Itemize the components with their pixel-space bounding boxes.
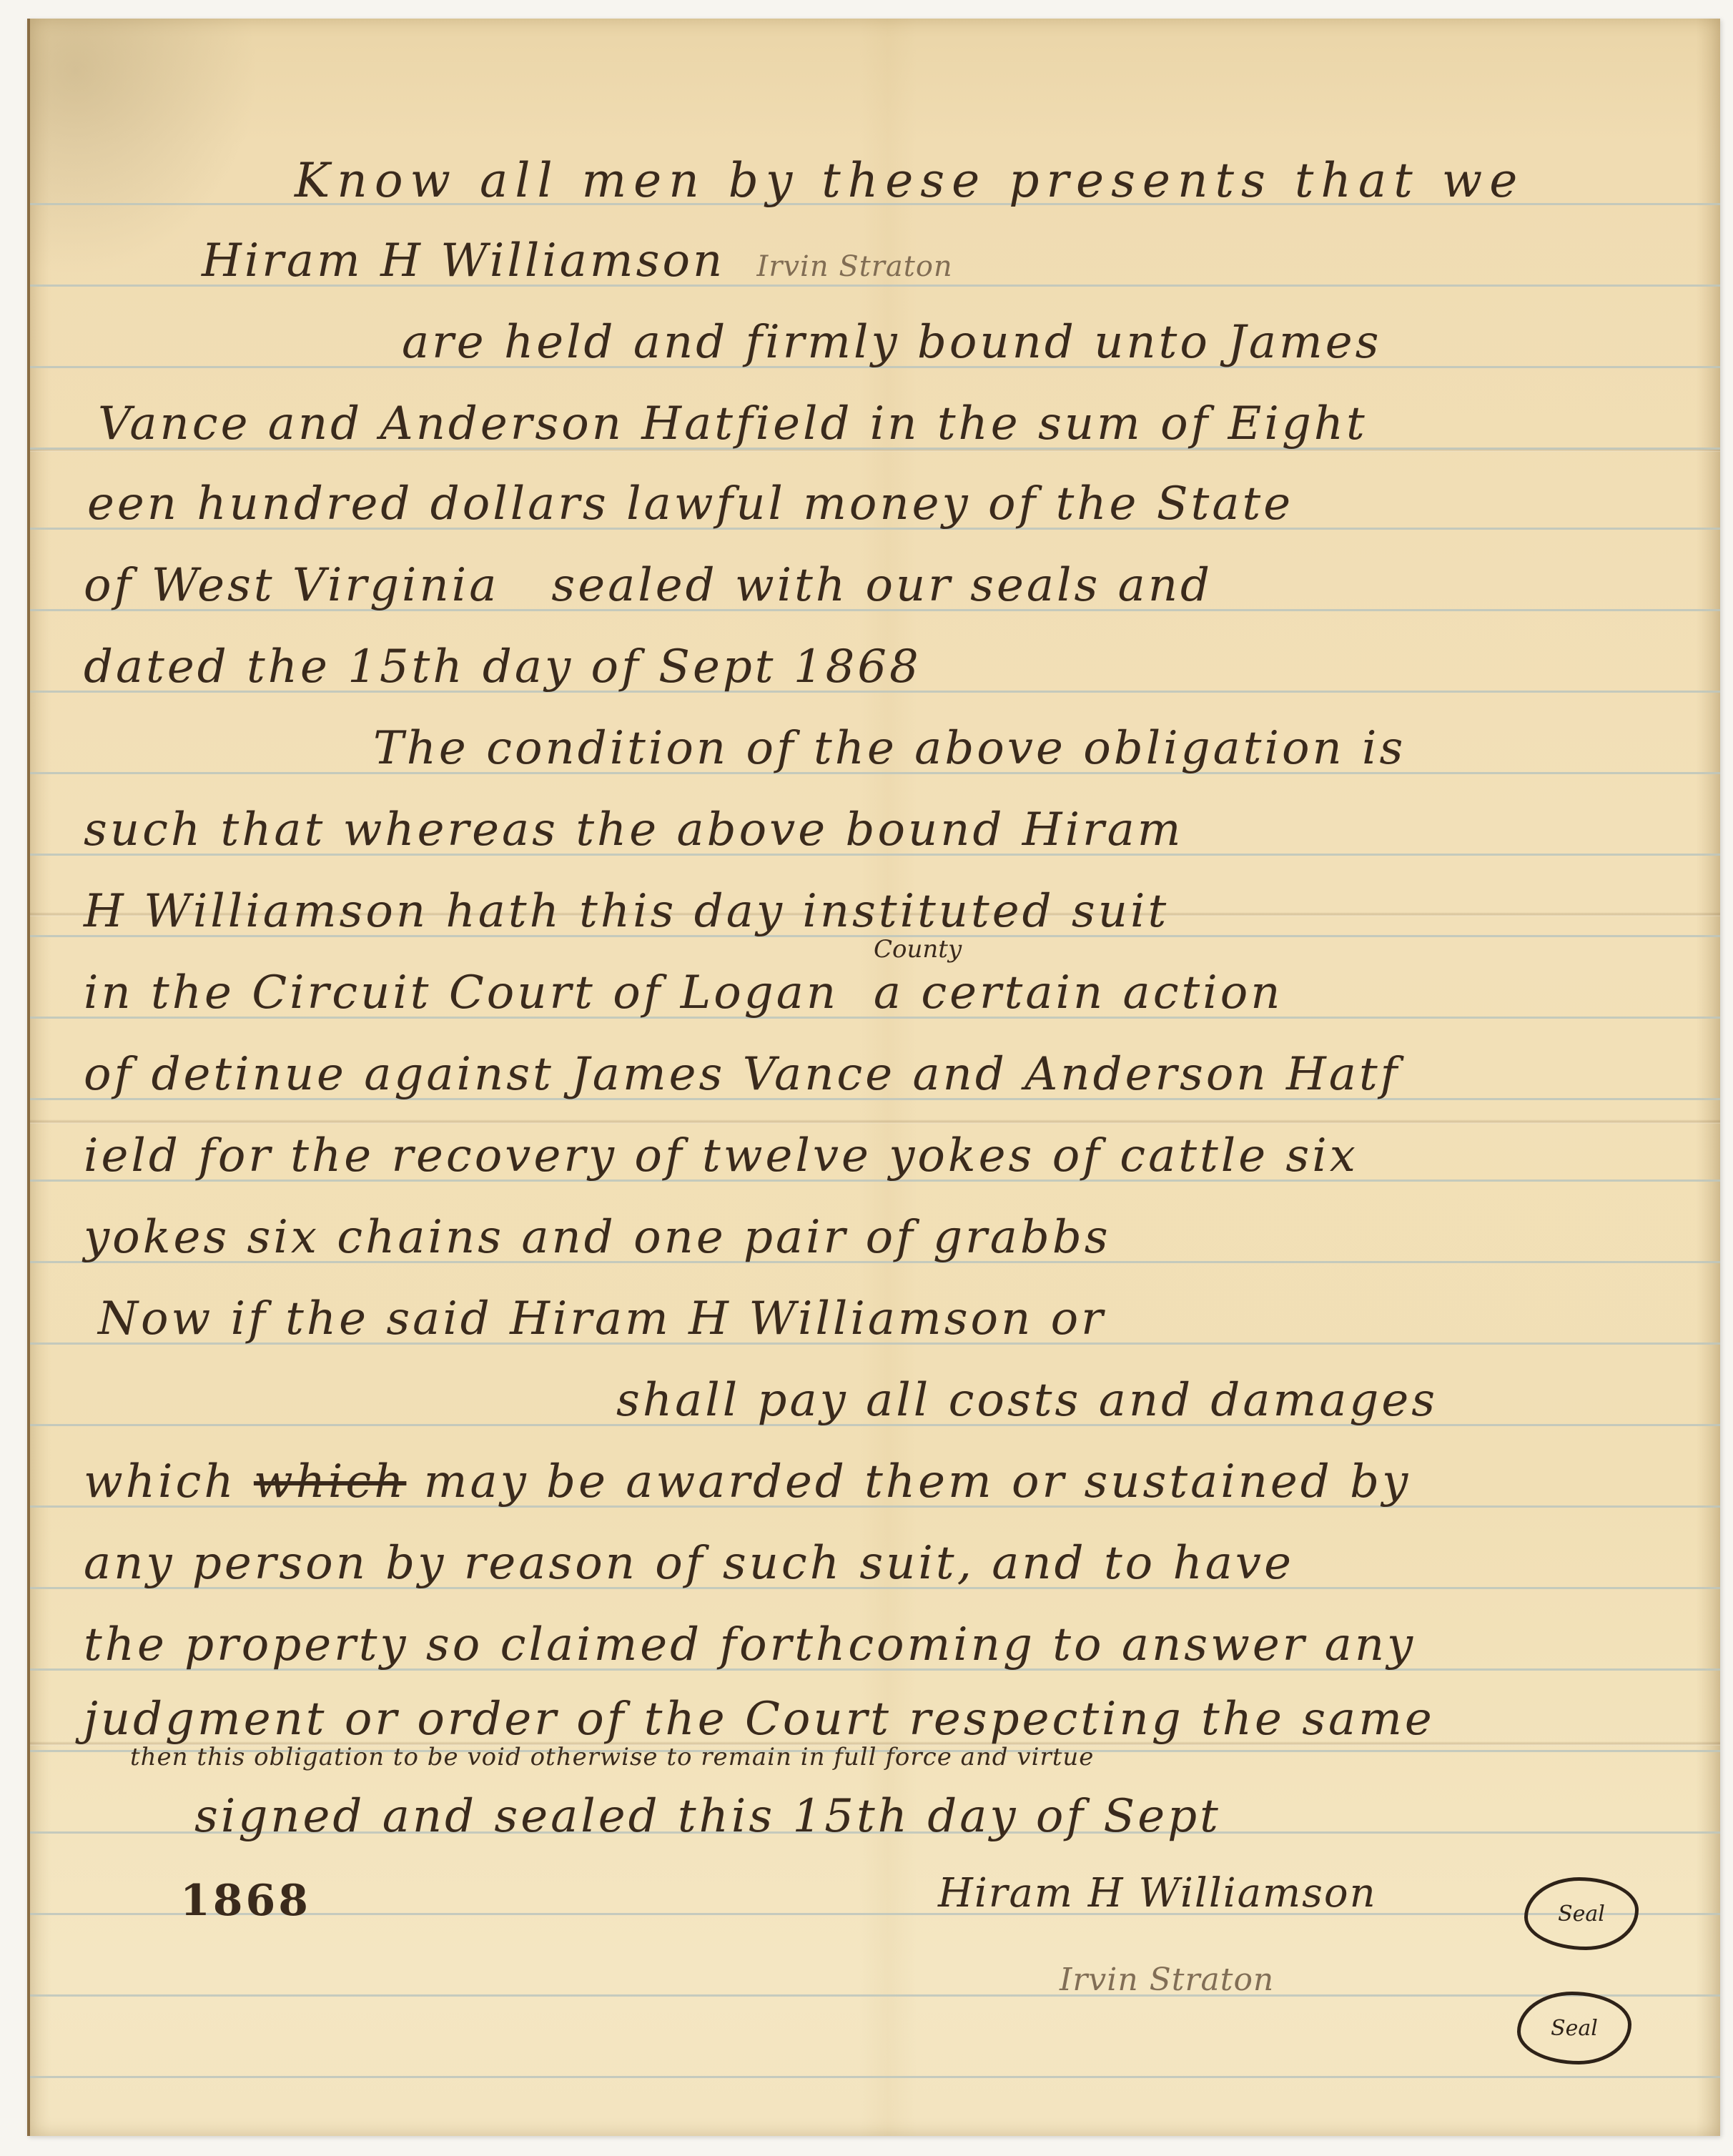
principal-name: Hiram H Williamson bbox=[202, 234, 725, 287]
text-line-17: which which may be awarded them or susta… bbox=[84, 1455, 1411, 1508]
text-line-20: judgment or order of the Court respectin… bbox=[84, 1693, 1435, 1746]
text-line-8: The condition of the above obligation is bbox=[373, 722, 1406, 775]
seal-label: Seal bbox=[1558, 1902, 1605, 1927]
inserted-surety-name: Irvin Straton bbox=[757, 250, 953, 283]
signature-straton: Irvin Straton bbox=[1060, 1962, 1274, 1998]
seal-williamson: Seal bbox=[1524, 1877, 1639, 1950]
text-line-13: ield for the recovery of twelve yokes of… bbox=[84, 1129, 1358, 1182]
text-line-4: Vance and Anderson Hatfield in the sum o… bbox=[98, 397, 1368, 450]
text-line-10: H Williamson hath this day instituted su… bbox=[84, 885, 1169, 938]
text-line-11: in the Circuit Court of Logan a certain … bbox=[84, 966, 1283, 1019]
word-which: which bbox=[84, 1455, 237, 1508]
text-line-21: signed and sealed this 15th day of Sept bbox=[194, 1790, 1221, 1843]
struck-word: which bbox=[254, 1455, 407, 1508]
seal-straton: Seal bbox=[1517, 1992, 1631, 2064]
text-line-2: Hiram H Williamson Irvin Straton bbox=[202, 234, 953, 287]
fold-crease bbox=[30, 1119, 1720, 1124]
text-line-19: the property so claimed forthcoming to a… bbox=[84, 1618, 1416, 1671]
interlinear-clause: then this obligation to be void otherwis… bbox=[130, 1743, 1094, 1771]
text-line-14: yokes six chains and one pair of grabbs bbox=[84, 1211, 1111, 1264]
text-line-9: such that whereas the above bound Hiram bbox=[84, 803, 1183, 856]
seal-label: Seal bbox=[1551, 2016, 1598, 2041]
text-line-18: any person by reason of such suit, and t… bbox=[84, 1537, 1294, 1590]
text-line-7: dated the 15th day of Sept 1868 bbox=[84, 641, 922, 693]
text-line-1: Know all men by these presents that we bbox=[295, 153, 1524, 208]
text-line-5: een hundred dollars lawful money of the … bbox=[87, 478, 1293, 530]
footer-date: 1868 bbox=[180, 1876, 311, 1926]
document-page: Know all men by these presents that we H… bbox=[27, 19, 1720, 2136]
signature-williamson: Hiram H Williamson bbox=[938, 1870, 1377, 1917]
text-line-12: of detinue against James Vance and Ander… bbox=[84, 1048, 1400, 1101]
text-line-16: shall pay all costs and damages bbox=[616, 1374, 1438, 1427]
text-line-3: are held and firmly bound unto James bbox=[402, 316, 1381, 369]
text-line-17-rest: may be awarded them or sustained by bbox=[424, 1455, 1411, 1508]
text-line-6: of West Virginia sealed with our seals a… bbox=[84, 559, 1213, 612]
ruled-line bbox=[30, 2076, 1720, 2078]
ruled-line bbox=[30, 1994, 1720, 1997]
text-line-15: Now if the said Hiram H Williamson or bbox=[98, 1292, 1106, 1345]
inserted-county: County bbox=[874, 935, 962, 964]
